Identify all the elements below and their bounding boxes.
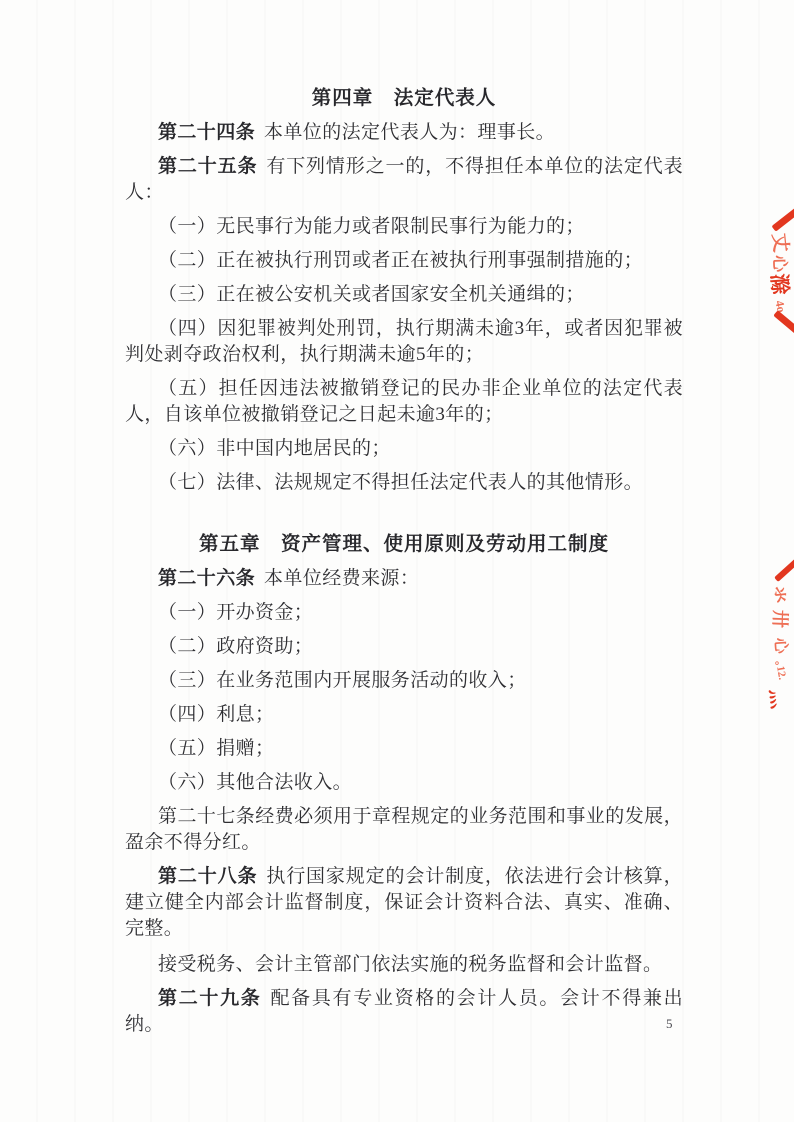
document-body: 第四章 法定代表人 第二十四条本单位的法定代表人为：理事长。 第二十五条有下列情…	[125, 86, 683, 1046]
article-26-label: 第二十六条	[158, 568, 255, 589]
seal-character: 氺	[768, 585, 794, 605]
article-24-label: 第二十四条	[158, 122, 255, 143]
article-28-paragraph: 第二十八条执行国家规定的会计制度，依法进行会计核算，建立健全内部会计监督制度，保…	[125, 864, 683, 942]
seal-character: 丈	[767, 232, 794, 254]
article-27-paragraph: 第二十七条经费必须用于章程规定的业务范围和事业的发展，盈余不得分红。	[125, 804, 683, 856]
seal-character: ｡12.	[772, 659, 791, 681]
article-28-label: 第二十八条	[158, 866, 257, 887]
article-25-item-7: （七）法律、法规规定不得担任法定代表人的其他情形。	[125, 470, 683, 496]
seal-arc-stroke	[773, 310, 794, 335]
article-25-label: 第二十五条	[158, 156, 257, 177]
article-25-paragraph: 第二十五条有下列情形之一的，不得担任本单位的法定代表人：	[125, 154, 683, 206]
seal-character: 心	[769, 255, 794, 273]
article-26-item-4: （四）利息；	[125, 702, 683, 728]
article-25-item-2: （二）正在被执行刑罚或者正在被执行刑事强制措施的；	[125, 248, 683, 274]
article-24-paragraph: 第二十四条本单位的法定代表人为：理事长。	[125, 120, 683, 146]
seal-character: 心	[770, 637, 794, 655]
article-25-item-6: （六）非中国内地居民的；	[125, 436, 683, 462]
article-26-text: 本单位经费来源：	[264, 568, 419, 589]
seal-character: 4o	[771, 299, 788, 314]
article-29-paragraph: 第二十九条配备具有专业资格的会计人员。会计不得兼出纳。	[125, 986, 683, 1038]
chapter-5-heading: 第五章 资产管理、使用原则及劳动用工制度	[125, 532, 683, 558]
article-26-item-5: （五）捐赠；	[125, 736, 683, 762]
seal-fragment-lower: 氺 卅 心 ｡12. 灬	[764, 550, 794, 718]
article-28-paragraph-2: 接受税务、会计主管部门依法实施的税务监督和会计监督。	[125, 952, 683, 978]
article-25-item-5: （五）担任因违法被撤销登记的民办非企业单位的法定代表人，自该单位被撤销登记之日起…	[125, 376, 683, 428]
article-26-paragraph: 第二十六条本单位经费来源：	[125, 566, 683, 592]
article-25-item-1: （一）无民事行为能力或者限制民事行为能力的；	[125, 214, 683, 240]
seal-character: 灬	[765, 687, 794, 710]
article-26-item-1: （一）开办资金；	[125, 600, 683, 626]
seal-character: 滁	[765, 272, 794, 295]
scanned-document-page: { "content": { "ch4": { "heading": "第四章 …	[0, 0, 794, 1122]
seal-fragment-upper: 丈 心 滁 4o	[764, 203, 794, 337]
article-29-label: 第二十九条	[158, 988, 261, 1009]
article-24-text: 本单位的法定代表人为：理事长。	[264, 122, 555, 143]
article-26-item-6: （六）其他合法收入。	[125, 770, 683, 796]
page-number: 5	[666, 1016, 673, 1032]
seal-arc-stroke	[774, 556, 794, 582]
article-26-item-2: （二）政府资助；	[125, 634, 683, 660]
article-26-item-3: （三）在业务范围内开展服务活动的收入；	[125, 668, 683, 694]
article-25-item-3: （三）正在被公安机关或者国家安全机关通缉的；	[125, 282, 683, 308]
chapter-4-heading: 第四章 法定代表人	[125, 86, 683, 112]
seal-character: 卅	[768, 610, 794, 629]
article-25-item-4: （四）因犯罪被判处刑罚，执行期满未逾3年，或者因犯罪被判处剥夺政治权利，执行期满…	[125, 316, 683, 368]
seal-arc-stroke	[771, 205, 794, 231]
